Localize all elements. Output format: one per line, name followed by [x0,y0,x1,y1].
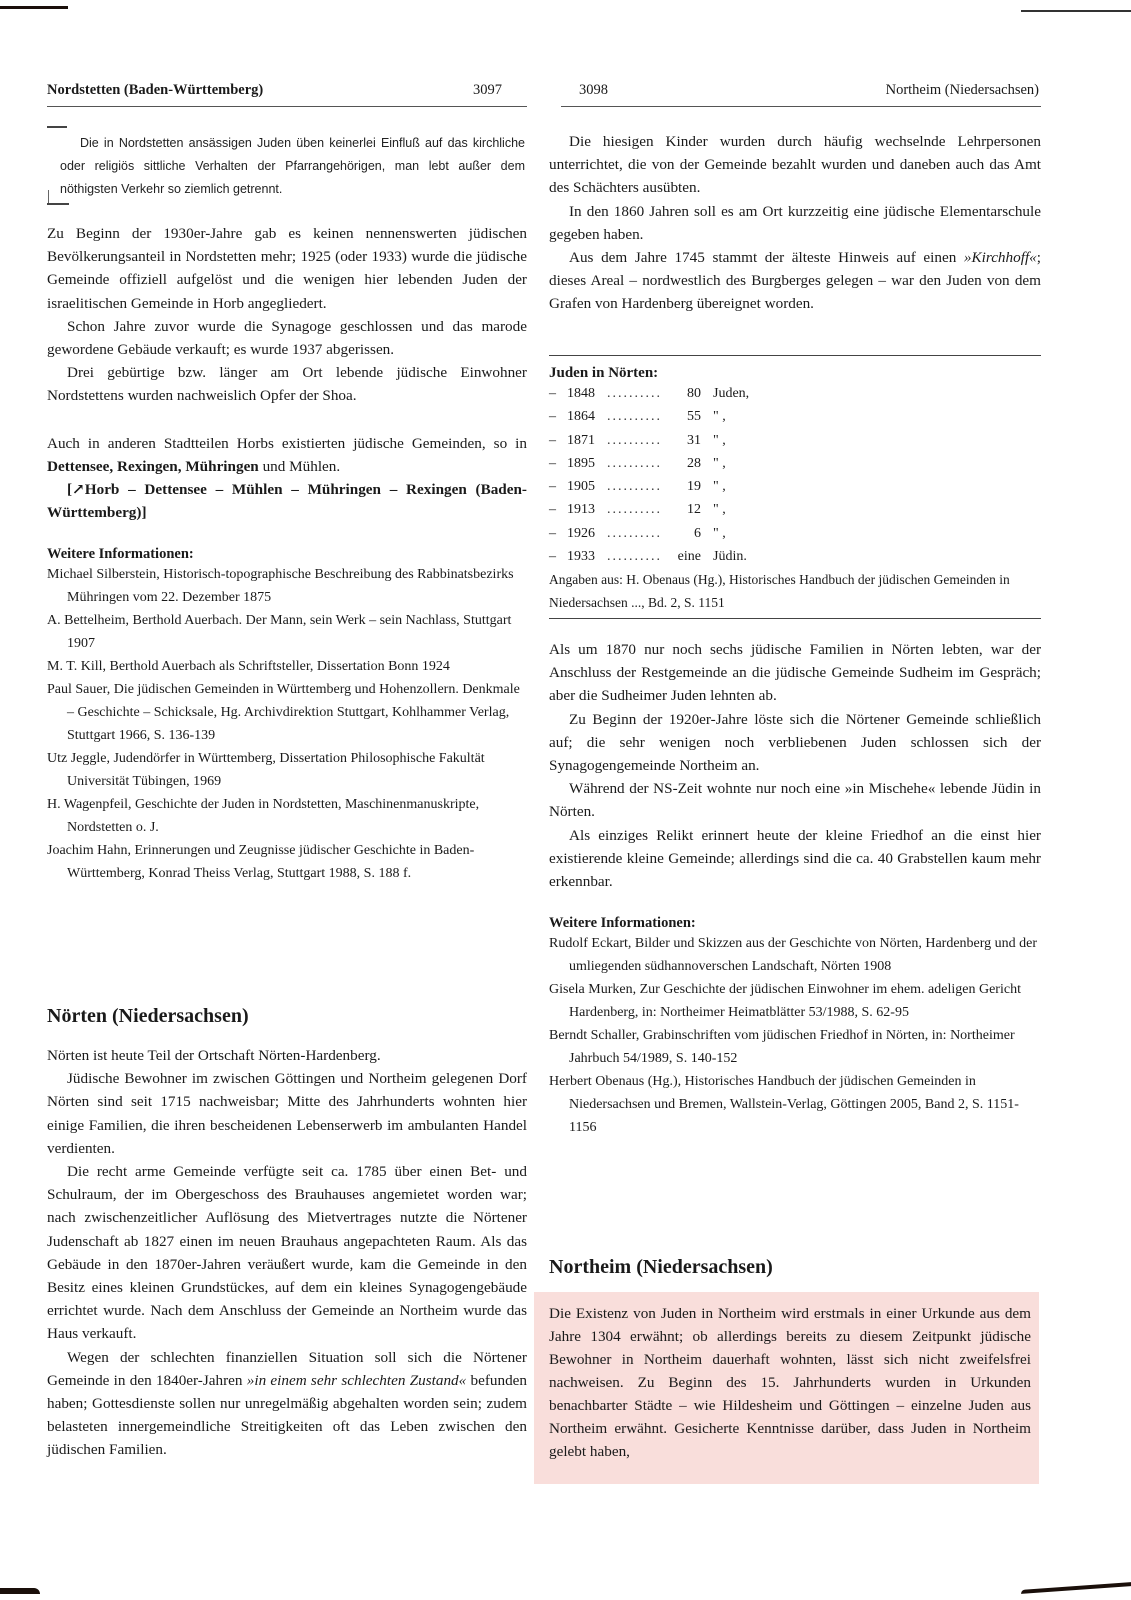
paragraph: In den 1860 Jahren soll es am Ort kurzze… [549,200,1041,246]
paragraph: Die recht arme Gemeinde verfügte seit ca… [47,1160,527,1346]
unit: Jüdin. [701,545,773,568]
bibliography-item: Utz Jeggle, Judendörfer in Württemberg, … [47,747,527,793]
scan-corner-top-right [1021,10,1131,12]
population-rows: –1848..........80Juden, –1864..........5… [549,382,1041,568]
paragraph: Wegen der schlechten finanziellen Situat… [47,1346,527,1462]
bibliography-item: Berndt Schaller, Grabinschriften vom jüd… [549,1024,1041,1070]
bibliography-item: Herbert Obenaus (Hg.), Historisches Hand… [549,1070,1041,1139]
paragraph: Schon Jahre zuvor wurde die Synagoge ges… [47,315,527,361]
bibliography-list: Michael Silberstein, Historisch-topograp… [47,563,527,885]
year: 1848 [567,382,607,405]
scan-corner-bottom-left [0,1588,40,1594]
left-running-head: Nordstetten (Baden-Württemberg) 3097 [47,82,502,99]
table-row: –1913..........12" , [549,498,1041,521]
left-running-title: Nordstetten (Baden-Württemberg) [47,82,263,99]
year: 1905 [567,475,607,498]
leader-dots: .......... [607,452,665,475]
bibliography-item: H. Wagenpfeil, Geschichte der Juden in N… [47,793,527,839]
cross-reference-link[interactable]: [↗Horb – Dettensee – Mühlen – Mühringen … [47,478,527,524]
count: 80 [665,382,701,405]
dash: – [549,545,567,568]
paragraph: Jüdische Bewohner im zwischen Göttingen … [47,1067,527,1160]
quote-bracket-top [47,126,67,128]
historical-quote: Die in Nordstetten ansässigen Juden üben… [60,132,525,201]
left-header-rule [47,106,527,107]
paragraph: Zu Beginn der 1930er-Jahre gab es keinen… [47,222,527,315]
paragraph: Als einziges Relikt erinnert heute der k… [549,824,1041,894]
table-row: –1848..........80Juden, [549,382,1041,405]
leader-dots: .......... [607,522,665,545]
bibliography-item: Joachim Hahn, Erinnerungen und Zeugnisse… [47,839,527,885]
community-name-last: Mühlen [289,458,336,475]
bibliography-item: Rudolf Eckart, Bilder und Skizzen aus de… [549,932,1041,978]
right-running-head: 3098 Northeim (Niedersachsen) [579,82,1039,99]
table-row: –1926..........6" , [549,522,1041,545]
unit: " , [701,405,773,428]
quote-bracket-bottom [47,203,69,205]
paragraph: Als um 1870 nur noch sechs jüdische Fami… [549,638,1041,708]
paragraph: Drei gebürtige bzw. länger am Ort lebend… [47,361,527,407]
paragraph: Zu Beginn der 1920er-Jahre löste sich di… [549,708,1041,778]
northeim-section-heading-wrap: Northeim (Niedersachsen) [549,1256,1041,1279]
further-info-heading: Weitere Informationen: [47,546,527,563]
year: 1926 [567,522,607,545]
leader-dots: .......... [607,382,665,405]
population-table-title: Juden in Nörten: [549,365,1041,382]
dash: – [549,429,567,452]
leader-dots: .......... [607,498,665,521]
table-bottom-rule [549,618,1041,619]
right-page-number: 3098 [579,82,608,99]
scan-corner-top-left [0,6,68,9]
other-communities-paragraph: Auch in anderen Stadtteilen Horbs existi… [47,432,527,478]
right-header-rule [561,106,1041,107]
table-source-note: Angaben aus: H. Obenaus (Hg.), Historisc… [549,568,1041,614]
bibliography-item: Paul Sauer, Die jüdischen Gemeinden in W… [47,678,527,747]
unit: " , [701,429,773,452]
paragraph: Die hiesigen Kinder wurden durch häufig … [549,130,1041,200]
right-column-mid: Als um 1870 nur noch sechs jüdische Fami… [549,638,1041,1139]
table-row: –1895..........28" , [549,452,1041,475]
further-info-heading: Weitere Informationen: [549,915,1041,932]
dash: – [549,452,567,475]
quoted-phrase: »in einem sehr schlechten Zustand« [247,1372,467,1389]
count: 31 [665,429,701,452]
dash: – [549,475,567,498]
dash: – [549,522,567,545]
paragraph: Aus dem Jahre 1745 stammt der älteste Hi… [549,246,1041,316]
paragraph: Während der NS-Zeit wohnte nur noch eine… [549,777,1041,823]
year: 1895 [567,452,607,475]
bibliography-item: Michael Silberstein, Historisch-topograp… [47,563,527,609]
bibliography-item: Gisela Murken, Zur Geschichte der jüdisc… [549,978,1041,1024]
table-row: –1871..........31" , [549,429,1041,452]
count: 28 [665,452,701,475]
dash: – [549,405,567,428]
unit: " , [701,475,773,498]
further-info-left: Weitere Informationen: Michael Silberste… [47,546,527,885]
count: 19 [665,475,701,498]
unit: " , [701,452,773,475]
count: eine [665,545,701,568]
population-table: Juden in Nörten: –1848..........80Juden,… [549,355,1041,619]
section-heading-northeim: Northeim (Niedersachsen) [549,1256,1041,1279]
leader-dots: .......... [607,405,665,428]
count: 12 [665,498,701,521]
count: 6 [665,522,701,545]
table-top-rule [549,355,1041,356]
period: . [336,458,340,475]
table-row: –1905..........19" , [549,475,1041,498]
highlighted-paragraph: Die Existenz von Juden in Northeim wird … [549,1302,1031,1463]
bibliography-item: M. T. Kill, Berthold Auerbach als Schrif… [47,655,527,678]
right-column-top: Die hiesigen Kinder wurden durch häufig … [549,130,1041,316]
scan-corner-bottom-right [1021,1582,1131,1594]
other-communities-intro: Auch in anderen Stadtteilen Horbs existi… [47,435,527,452]
table-row: –1864..........55" , [549,405,1041,428]
right-running-title: Northeim (Niedersachsen) [886,82,1039,99]
bibliography-item: A. Bettelheim, Berthold Auerbach. Der Ma… [47,609,527,655]
further-info-right: Weitere Informationen: Rudolf Eckart, Bi… [549,915,1041,1139]
unit: Juden, [701,382,773,405]
dash: – [549,498,567,521]
paragraph: Nörten ist heute Teil der Ortschaft Nört… [47,1044,527,1067]
northeim-section: Die Existenz von Juden in Northeim wird … [549,1302,1031,1463]
connector: und [259,458,289,475]
year: 1933 [567,545,607,568]
table-row: –1933..........eineJüdin. [549,545,1041,568]
leader-dots: .......... [607,545,665,568]
year: 1913 [567,498,607,521]
left-column-body: Zu Beginn der 1930er-Jahre gab es keinen… [47,222,527,885]
noerten-section: Nörten (Niedersachsen) Nörten ist heute … [47,1005,527,1462]
quote-text: Die in Nordstetten ansässigen Juden üben… [60,132,525,201]
year: 1871 [567,429,607,452]
left-page-number: 3097 [473,82,502,99]
section-heading-noerten: Nörten (Niedersachsen) [47,1005,527,1028]
quoted-phrase: »Kirchhoff« [964,249,1037,266]
bibliography-list: Rudolf Eckart, Bilder und Skizzen aus de… [549,932,1041,1139]
text-run: Aus dem Jahre 1745 stammt der älteste Hi… [569,249,964,266]
year: 1864 [567,405,607,428]
quote-bracket-side [48,190,49,204]
dash: – [549,382,567,405]
unit: " , [701,522,773,545]
unit: " , [701,498,773,521]
leader-dots: .......... [607,475,665,498]
count: 55 [665,405,701,428]
community-names: Dettensee, Rexingen, Mühringen [47,458,259,475]
leader-dots: .......... [607,429,665,452]
